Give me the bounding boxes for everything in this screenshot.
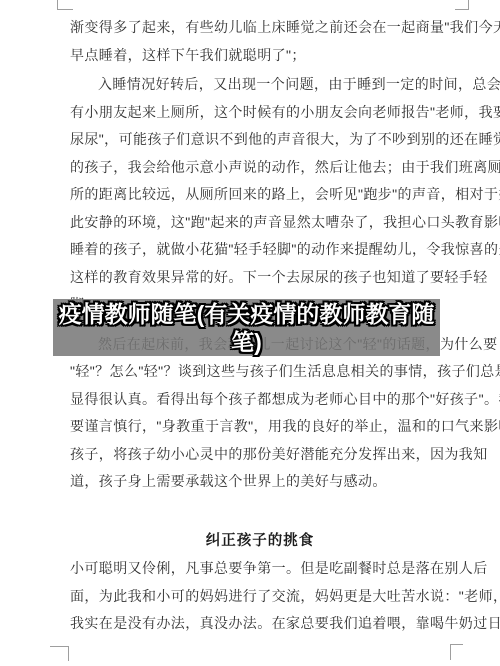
section-heading: 纠正孩子的挑食 <box>70 528 450 556</box>
crop-mark-top-right <box>455 0 469 10</box>
text-line: 道，孩子身上需要承载这个世界上的美好与感动。 <box>70 468 450 496</box>
crop-mark-top-left <box>57 0 73 10</box>
text-line: 入睡情况好转后，又出现一个问题，由于睡到一定的时间，总会 <box>70 71 450 99</box>
text-line: 这样的教育效果异常的好。下一个去尿尿的孩子也知道了要轻手轻 <box>70 264 450 292</box>
text-line: 我实在是没有办法，真没办法。在家总要我们追着喂，靠喝牛奶过日 <box>70 610 450 638</box>
text-line: 渐变得多了起来，有些幼儿临上床睡觉之前还会在一起商量"我们今天 <box>70 14 450 42</box>
text-line: 小可聪明又伶俐，凡事总要争第一。但是吃副餐时总是落在别人后 <box>70 555 450 583</box>
overlay-title-line-1: 疫情教师随笔(有关疫情的教师教育随 <box>59 300 435 328</box>
text-line: "轻"？怎么"轻"？谈到这些与孩子们生活息息相关的事情，孩子们总是 <box>70 358 450 386</box>
text-line: 此安静的环境，这"跑"起来的声音显然太嘈杂了，我担心口头教育影响 <box>70 209 450 237</box>
crop-mark-bottom-right <box>450 644 463 660</box>
text-line: 显得很认真。看得出每个孩子都想成为老师心目中的那个"好孩子"。我 <box>70 386 450 414</box>
text-line: 的孩子，我会给他示意小声说的动作，然后让他去；由于我们班离厕 <box>70 154 450 182</box>
text-line: 有小朋友起来上厕所，这个时候有的小朋友会向老师报告"老师，我要 <box>70 99 450 127</box>
text-line: 面，为此我和小可的妈妈进行了交流，妈妈更是大吐苦水说："老师， <box>70 583 450 611</box>
paragraph: 小可聪明又伶俐，凡事总要争第一。但是吃副餐时总是落在别人后面，为此我和小可的妈妈… <box>70 555 450 638</box>
title-overlay: 疫情教师随笔(有关疫情的教师教育随 笔) <box>53 299 440 356</box>
text-line: 早点睡着，这样下午我们就聪明了"； <box>70 42 450 70</box>
overlay-title-line-2: 笔) <box>231 328 262 356</box>
paragraph: 渐变得多了起来，有些幼儿临上床睡觉之前还会在一起商量"我们今天早点睡着，这样下午… <box>70 14 450 69</box>
crop-mark-bottom-left <box>50 646 69 661</box>
text-line: 睡着的孩子，就做小花猫"轻手轻脚"的动作来提醒幼儿，令我惊喜的是 <box>70 236 450 264</box>
text-line: 要谨言慎行，"身教重于言教"，用我的良好的举止，温和的口气来影响 <box>70 413 450 441</box>
document-page: 渐变得多了起来，有些幼儿临上床睡觉之前还会在一起商量"我们今天早点睡着，这样下午… <box>0 0 500 666</box>
text-line: 孩子，将孩子幼小心灵中的那份美好潜能充分发挥出来，因为我知 <box>70 441 450 469</box>
text-line: 尿尿"，可能孩子们意识不到他的声音很大，为了不吵到别的还在睡觉 <box>70 126 450 154</box>
paragraph: 入睡情况好转后，又出现一个问题，由于睡到一定的时间，总会有小朋友起来上厕所，这个… <box>70 71 450 319</box>
text-line: 所的距离比较远，从厕所回来的路上，会听见"跑步"的声音，相对于如 <box>70 181 450 209</box>
